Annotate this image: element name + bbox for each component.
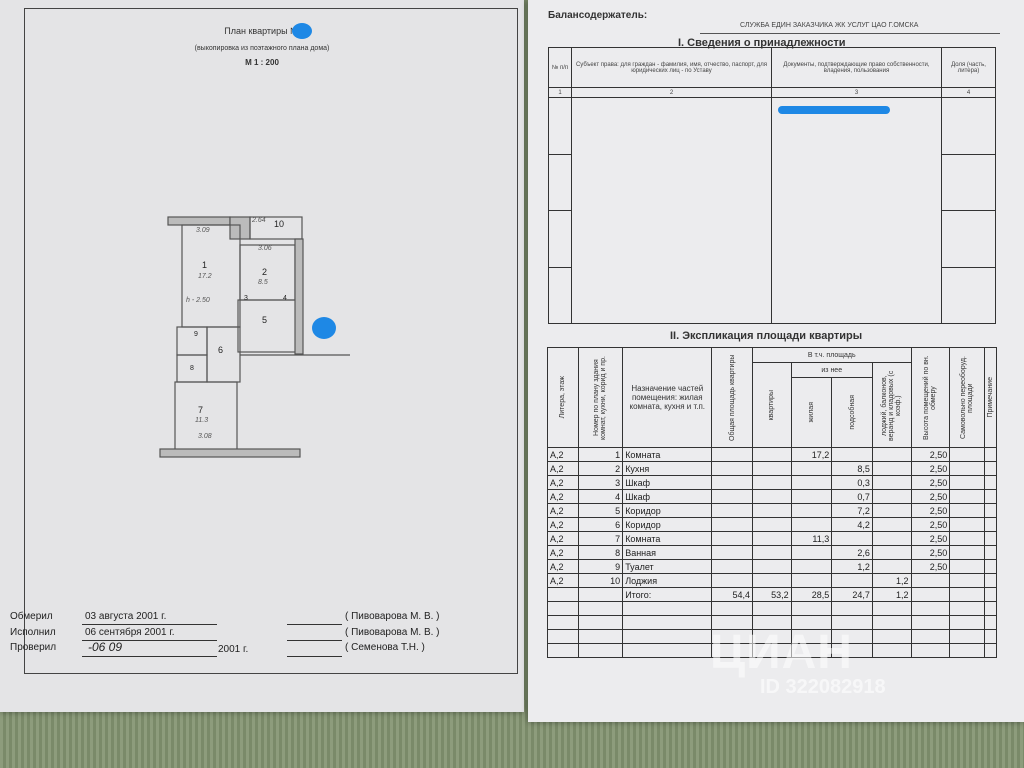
cell-empty (548, 644, 579, 658)
cell-height: 2,50 (911, 560, 950, 574)
cell-empty (950, 490, 985, 504)
cell-height (911, 574, 950, 588)
cell-litera: А,2 (548, 448, 579, 462)
cell-empty (950, 644, 985, 658)
cell-empty (712, 602, 753, 616)
measured-by-label: Обмерил (10, 611, 53, 622)
cell-total (712, 560, 753, 574)
cell-aux: 4,2 (832, 518, 873, 532)
checked-date: -06 09 (88, 640, 122, 654)
room-label-3: 3 (244, 295, 248, 302)
measured-by-name: ( Пивоварова М. В. ) (345, 611, 440, 622)
cell-total: 54,4 (712, 588, 753, 602)
cell-living (791, 546, 832, 560)
cell-empty (623, 616, 712, 630)
cell-flat (752, 504, 791, 518)
cell-flat (752, 546, 791, 560)
cell-empty (872, 630, 911, 644)
cell-empty (832, 602, 873, 616)
cell-name: Ванная (623, 546, 712, 560)
redaction-mark (778, 106, 890, 114)
cell-litera: А,2 (548, 462, 579, 476)
col-header: Субъект права: для граждан - фамилия, им… (572, 48, 772, 88)
cell-empty (578, 644, 622, 658)
cell-empty (985, 560, 997, 574)
cell-empty (985, 588, 997, 602)
cell-flat (752, 560, 791, 574)
cell-aux: 0,3 (832, 476, 873, 490)
cell-empty (872, 616, 911, 630)
cell-no: 3 (578, 476, 622, 490)
cell-loggia (872, 490, 911, 504)
cell-living (791, 490, 832, 504)
room-label-2: 2 (262, 267, 267, 277)
room-area-7: 11.3 (195, 417, 208, 424)
cell-living (791, 560, 832, 574)
cell-name: Шкаф (623, 490, 712, 504)
cell-total (712, 518, 753, 532)
signature-line (287, 656, 342, 657)
cell-litera: А,2 (548, 504, 579, 518)
plan-title: План квартиры № (0, 26, 524, 36)
floor-plan: 1 17.2 2 8.5 3 4 5 6 7 11.3 8 9 10 3.09 … (150, 205, 350, 465)
cell-loggia (872, 476, 911, 490)
cell-aux (832, 574, 873, 588)
cell-living (791, 462, 832, 476)
cell-empty (548, 602, 579, 616)
cell-aux: 7,2 (832, 504, 873, 518)
underline (82, 624, 217, 625)
cell-height: 2,50 (911, 448, 950, 462)
cell-empty (950, 616, 985, 630)
watermark-id: ID 322082918 (760, 676, 886, 699)
cell-loggia: 1,2 (872, 574, 911, 588)
cell-empty (950, 448, 985, 462)
underline (82, 656, 217, 657)
cell-aux: 8,5 (832, 462, 873, 476)
cell-living (791, 504, 832, 518)
col-header: жилая (808, 402, 815, 422)
checked-year: 2001 г. (218, 644, 248, 655)
dimension-label: 2.64 (252, 217, 266, 224)
cell-litera: А,2 (548, 546, 579, 560)
cell-empty (623, 602, 712, 616)
room-label-8: 8 (190, 365, 194, 372)
cell-litera: А,2 (548, 490, 579, 504)
redaction-mark (292, 23, 312, 39)
ceiling-height: h - 2.50 (186, 297, 210, 304)
cell-flat (752, 476, 791, 490)
col-header: Назначение частей помещения: жилая комна… (623, 348, 712, 448)
cell-loggia (872, 560, 911, 574)
col-header: Общая площадь квартиры (729, 353, 736, 443)
cell-name: Коридор (623, 518, 712, 532)
cell-empty (578, 602, 622, 616)
floor-plan-page: План квартиры № (выкопировка из поэтажно… (0, 0, 524, 712)
cell-no: 7 (578, 532, 622, 546)
cell-no: 2 (578, 462, 622, 476)
cell-empty (985, 490, 997, 504)
cell-no: 1 (578, 448, 622, 462)
cell-name: Туалет (623, 560, 712, 574)
col-number: 4 (942, 88, 996, 98)
executed-date: 06 сентября 2001 г. (85, 627, 175, 638)
cell-no: 5 (578, 504, 622, 518)
cell-no: 9 (578, 560, 622, 574)
table-row: А,21Комната17,22,50 (548, 448, 997, 462)
cell-empty (623, 644, 712, 658)
table-row: А,29Туалет1,22,50 (548, 560, 997, 574)
cell-empty (548, 616, 579, 630)
cell-empty (791, 602, 832, 616)
col-header: из нее (791, 363, 872, 378)
col-header: Высота помещений по вн. обмеру (923, 353, 937, 443)
cell-no: 8 (578, 546, 622, 560)
checked-by-name: ( Семенова Т.Н. ) (345, 642, 425, 653)
signature-line (287, 624, 342, 625)
room-label-5: 5 (262, 315, 267, 325)
executed-by-label: Исполнил (10, 627, 56, 638)
room-label-7: 7 (198, 405, 203, 415)
cell-total (712, 532, 753, 546)
cell-empty (623, 630, 712, 644)
cell-empty (911, 616, 950, 630)
cell-no: 4 (578, 490, 622, 504)
cell-litera (548, 588, 579, 602)
cell-height: 2,50 (911, 490, 950, 504)
cell-flat (752, 532, 791, 546)
cell-litera: А,2 (548, 518, 579, 532)
room-label-9: 9 (194, 331, 198, 338)
col-header: № п/п (549, 48, 572, 88)
cell-aux: 1,2 (832, 560, 873, 574)
cell-empty (950, 602, 985, 616)
col-header: квартиры (768, 390, 775, 420)
table-row: А,23Шкаф0,32,50 (548, 476, 997, 490)
cell-litera: А,2 (548, 574, 579, 588)
balance-holder-value: СЛУЖБА ЕДИН ЗАКАЗЧИКА ЖК УСЛУГ ЦАО Г.ОМС… (740, 22, 918, 29)
cell-name: Коридор (623, 504, 712, 518)
cell-name: Итого: (623, 588, 712, 602)
cell-empty (578, 616, 622, 630)
cell-total (712, 490, 753, 504)
cell-total (712, 476, 753, 490)
room-area-1: 17.2 (198, 273, 212, 280)
cell-empty (578, 630, 622, 644)
cell-height: 2,50 (911, 504, 950, 518)
dimension-label: 3.08 (198, 433, 212, 440)
cell-name: Комната (623, 448, 712, 462)
cell-living: 28,5 (791, 588, 832, 602)
cell-height: 2,50 (911, 546, 950, 560)
dimension-label: 3.06 (258, 245, 272, 252)
checked-by-label: Проверил (10, 642, 56, 653)
cell-empty (985, 602, 997, 616)
cell-name: Шкаф (623, 476, 712, 490)
cell-loggia (872, 462, 911, 476)
cell-flat (752, 574, 791, 588)
cell-empty (548, 630, 579, 644)
cell-empty (985, 616, 997, 630)
table-row: А,26Коридор4,22,50 (548, 518, 997, 532)
col-header: Примечание (987, 377, 994, 418)
col-header: Доля (часть, литера) (942, 48, 996, 88)
cell-name: Лоджия (623, 574, 712, 588)
cell-loggia (872, 504, 911, 518)
cell-empty (950, 588, 985, 602)
col-header: Номер по плану здания комнат, кухни, кор… (593, 353, 607, 443)
cell-height (911, 588, 950, 602)
cell-total (712, 546, 753, 560)
cell-aux: 24,7 (832, 588, 873, 602)
cell-empty (985, 504, 997, 518)
cell-aux (832, 448, 873, 462)
col-number: 2 (572, 88, 772, 98)
cell-empty (985, 518, 997, 532)
table-row: А,22Кухня8,52,50 (548, 462, 997, 476)
cell-loggia (872, 532, 911, 546)
cell-litera: А,2 (548, 476, 579, 490)
cell-empty (985, 546, 997, 560)
cell-height: 2,50 (911, 518, 950, 532)
cell-empty (911, 644, 950, 658)
col-header: Литера, этаж (559, 376, 566, 418)
cell-living: 11,3 (791, 532, 832, 546)
watermark-logo: ЦИАН (710, 625, 853, 680)
cell-empty (950, 560, 985, 574)
cell-empty (985, 462, 997, 476)
plan-subtitle: (выкопировка из поэтажного плана дома) (0, 45, 524, 52)
cell-no: 10 (578, 574, 622, 588)
cell-living: 17,2 (791, 448, 832, 462)
dimension-label: 3.09 (196, 227, 210, 234)
cell-loggia (872, 518, 911, 532)
col-number: 3 (772, 88, 942, 98)
cell-empty (985, 574, 997, 588)
table-row: А,28Ванная2,62,50 (548, 546, 997, 560)
cell-total (712, 448, 753, 462)
room-label-6: 6 (218, 345, 223, 355)
cell-aux: 2,6 (832, 546, 873, 560)
cell-empty (872, 644, 911, 658)
cell-living (791, 518, 832, 532)
cell-living (791, 476, 832, 490)
cell-empty (911, 630, 950, 644)
cell-empty (950, 574, 985, 588)
cell-empty (950, 476, 985, 490)
signature-line (287, 640, 342, 641)
redaction-mark (312, 317, 336, 339)
col-number: 1 (549, 88, 572, 98)
underline (700, 33, 1000, 34)
cell-no (578, 588, 622, 602)
cell-living (791, 574, 832, 588)
executed-by-name: ( Пивоварова М. В. ) (345, 627, 440, 638)
cell-litera: А,2 (548, 560, 579, 574)
room-area-2: 8.5 (258, 279, 268, 286)
cell-height: 2,50 (911, 476, 950, 490)
table-row: А,27Комната11,32,50 (548, 532, 997, 546)
cell-flat (752, 518, 791, 532)
cell-flat (752, 462, 791, 476)
ownership-table: № п/п Субъект права: для граждан - фамил… (548, 47, 996, 324)
table-row-empty (548, 602, 997, 616)
cell-empty (985, 448, 997, 462)
cell-loggia (872, 448, 911, 462)
room-label-10: 10 (274, 219, 284, 229)
room-label-1: 1 (202, 260, 207, 270)
cell-name: Кухня (623, 462, 712, 476)
table-row: А,24Шкаф0,72,50 (548, 490, 997, 504)
cell-loggia: 1,2 (872, 588, 911, 602)
section-2-title: II. Экспликация площади квартиры (670, 330, 862, 342)
col-header: В т.ч. площадь (752, 348, 911, 363)
cell-empty (950, 504, 985, 518)
cell-empty (985, 476, 997, 490)
cell-empty (950, 462, 985, 476)
cell-total (712, 574, 753, 588)
col-header: Документы, подтверждающие право собствен… (772, 48, 942, 88)
cell-no: 6 (578, 518, 622, 532)
col-header: Самовольно переоборуд. площади (960, 353, 974, 443)
plan-scale: М 1 : 200 (0, 58, 524, 67)
cell-empty (950, 546, 985, 560)
col-header: лоджий, балконов, веранд и кладовых (с к… (881, 368, 902, 443)
cell-loggia (872, 546, 911, 560)
cell-empty (950, 532, 985, 546)
measured-date: 03 августа 2001 г. (85, 611, 166, 622)
area-explication-table: Литера, этаж Номер по плану здания комна… (547, 347, 997, 658)
cell-aux: 0,7 (832, 490, 873, 504)
cell-flat (752, 448, 791, 462)
cell-name: Комната (623, 532, 712, 546)
balance-holder-label: Балансодержатель: (548, 10, 647, 21)
table-row: А,210Лоджия1,2 (548, 574, 997, 588)
cell-empty (872, 602, 911, 616)
cell-height: 2,50 (911, 532, 950, 546)
cell-total (712, 504, 753, 518)
table-row: Итого:54,453,228,524,71,2 (548, 588, 997, 602)
cell-empty (985, 630, 997, 644)
cell-flat: 53,2 (752, 588, 791, 602)
cell-empty (950, 630, 985, 644)
cell-litera: А,2 (548, 532, 579, 546)
cell-flat (752, 490, 791, 504)
table-row: А,25Коридор7,22,50 (548, 504, 997, 518)
col-header: подсобная (849, 395, 856, 430)
cell-empty (950, 518, 985, 532)
cell-empty (911, 602, 950, 616)
room-label-4: 4 (283, 295, 287, 302)
cell-total (712, 462, 753, 476)
cell-aux (832, 532, 873, 546)
cell-height: 2,50 (911, 462, 950, 476)
cell-empty (985, 644, 997, 658)
cell-empty (752, 602, 791, 616)
cell-empty (985, 532, 997, 546)
